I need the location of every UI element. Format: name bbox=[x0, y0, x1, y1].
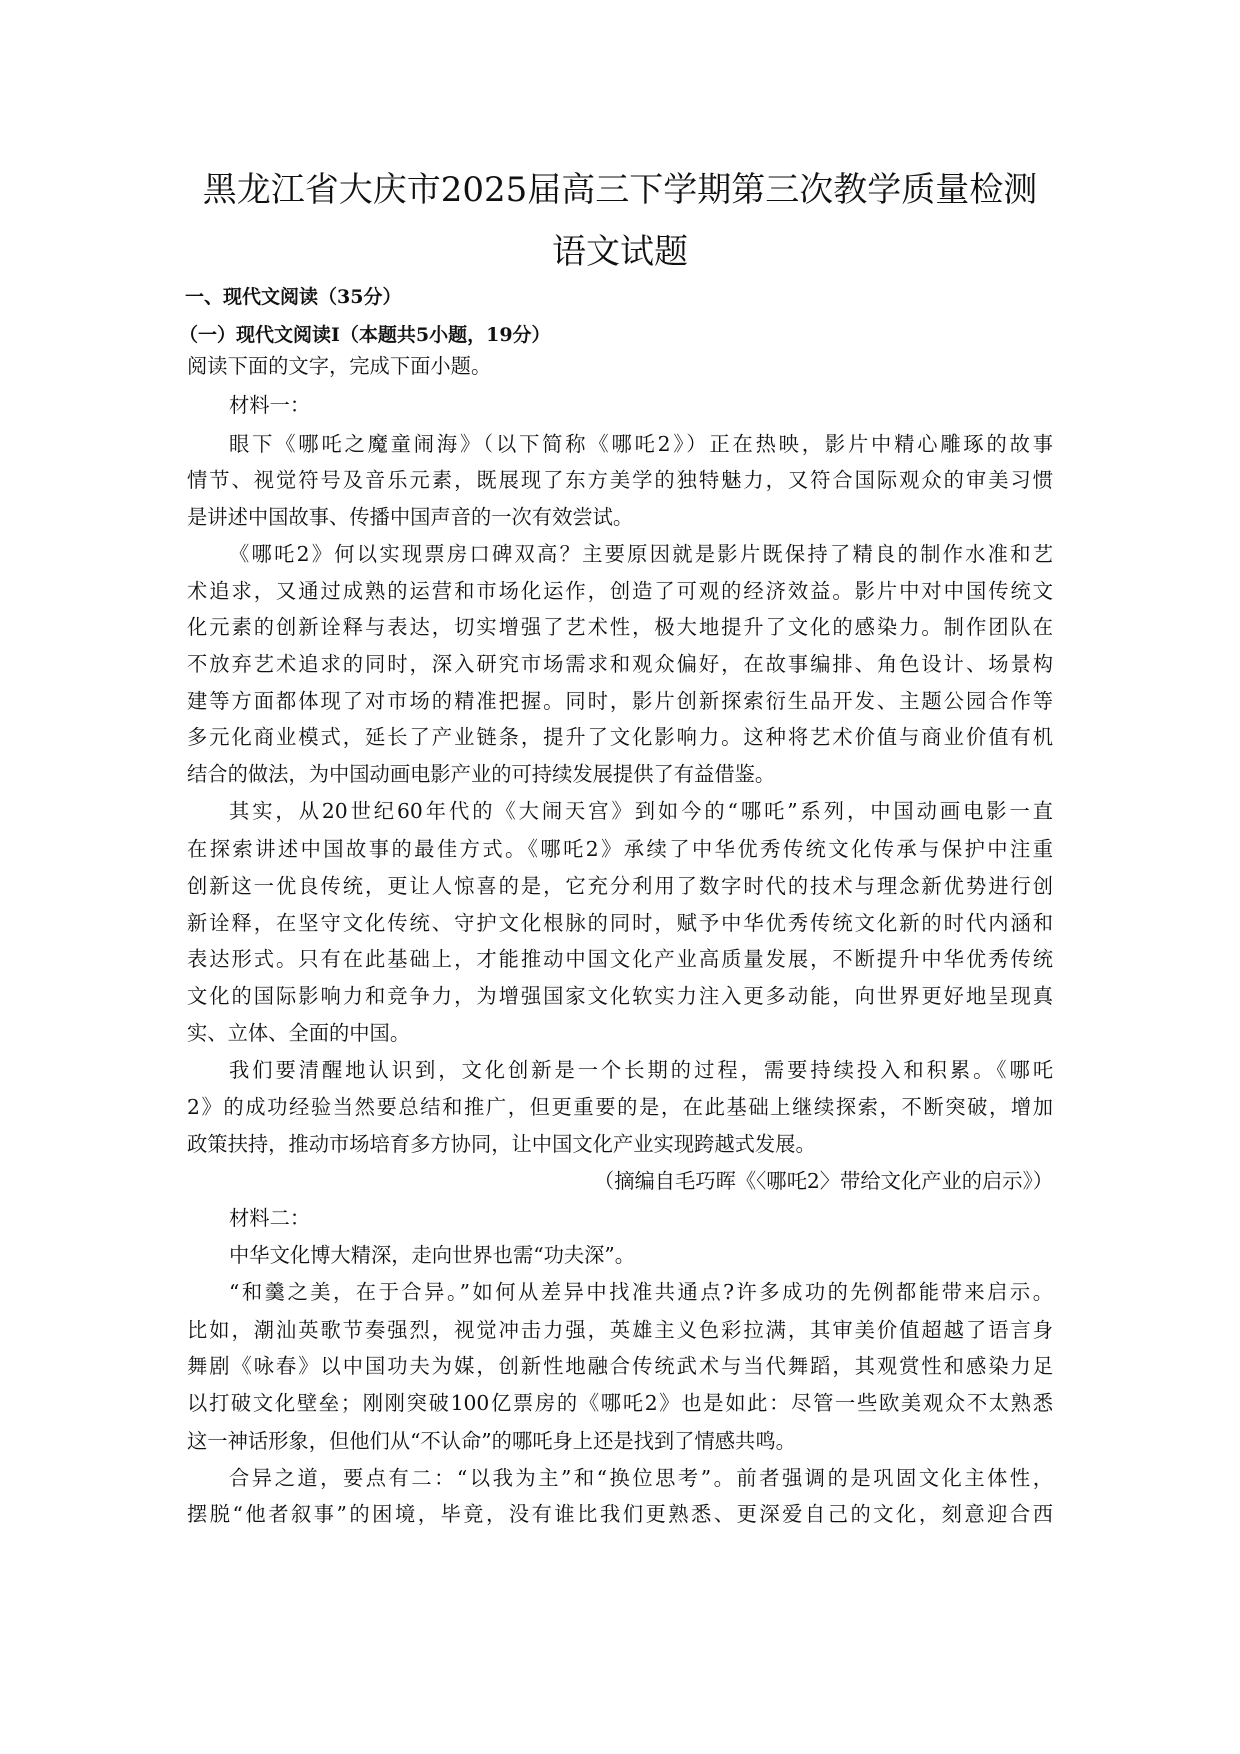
passage-line: 创新这一优良传统，更让人惊喜的是，它充分利用了数字时代的技术与理念新优势进行创 bbox=[187, 873, 1053, 899]
passage-line: 新诠释，在坚守文化传统、守护文化根脉的同时，赋予中华优秀传统文化新的时代内涵和 bbox=[187, 910, 1053, 936]
passage-line: 术追求，又通过成熟的运营和市场化运作，创造了可观的经济效益。影片中对中国传统文 bbox=[187, 578, 1053, 604]
passage-line: 舞剧《咏春》以中国功夫为媒，创新性地融合传统武术与当代舞蹈，其观赏性和感染力足 bbox=[187, 1353, 1053, 1379]
passage-line: 文化的国际影响力和竞争力，为增强国家文化软实力注入更多动能，向世界更好地呈现真 bbox=[187, 983, 1053, 1009]
passage-line: 材料二： bbox=[229, 1205, 1053, 1231]
passage-line: 不放弃艺术追求的同时，深入研究市场需求和观众偏好，在故事编排、角色设计、场景构 bbox=[187, 651, 1053, 677]
section-heading: 一、现代文阅读（35分） bbox=[185, 282, 401, 309]
document-subtitle: 语文试题 bbox=[187, 224, 1053, 273]
passage-line: 结合的做法，为中国动画电影产业的可持续发展提供了有益借鉴。 bbox=[187, 761, 1053, 787]
passage-line: 实、立体、全面的中国。 bbox=[187, 1020, 1053, 1046]
passage-line: 情节、视觉符号及音乐元素，既展现了东方美学的独特魅力，又符合国际观众的审美习惯 bbox=[187, 467, 1053, 493]
passage-line: 化元素的创新诠释与表达，切实增强了艺术性，极大地提升了文化的感染力。制作团队在 bbox=[187, 614, 1053, 640]
passage-line: 政策扶持，推动市场培育多方协同，让中国文化产业实现跨越式发展。 bbox=[187, 1131, 1053, 1157]
document-title: 黑龙江省大庆市2025届高三下学期第三次教学质量检测 bbox=[187, 162, 1053, 211]
passage-line: 摆脱“他者叙事”的困境，毕竟，没有谁比我们更熟悉、更深爱自己的文化，刻意迎合西 bbox=[187, 1501, 1053, 1527]
passage-line: 以打破文化壁垒；刚刚突破100亿票房的《哪吒2》也是如此：尽管一些欧美观众不太熟… bbox=[187, 1390, 1053, 1416]
passage-line: 建等方面都体现了对市场的精准把握。同时，影片创新探索衍生品开发、主题公园合作等 bbox=[187, 688, 1053, 714]
passage-line: 我们要清醒地认识到，文化创新是一个长期的过程，需要持续投入和积累。《哪吒 bbox=[229, 1057, 1053, 1083]
passage-line: 在探索讲述中国故事的最佳方式。《哪吒2》承续了中华优秀传统文化传承与保护中注重 bbox=[187, 836, 1053, 862]
passage-line: 这一神话形象，但他们从“不认命”的哪吒身上还是找到了情感共鸣。 bbox=[187, 1428, 1053, 1454]
passage-line: “和羹之美，在于合异。”如何从差异中找准共通点?许多成功的先例都能带来启示。 bbox=[229, 1279, 1053, 1305]
passage-line: 材料一： bbox=[229, 392, 1053, 418]
passage-line: 阅读下面的文字，完成下面小题。 bbox=[187, 353, 1053, 379]
passage-line: 其实，从20世纪60年代的《大闹天宫》到如今的“哪吒”系列，中国动画电影一直 bbox=[229, 798, 1053, 824]
passage-line: 是讲述中国故事、传播中国声音的一次有效尝试。 bbox=[187, 504, 1053, 530]
passage-line: 表达形式。只有在此基础上，才能推动中国文化产业高质量发展，不断提升中华优秀传统 bbox=[187, 946, 1053, 972]
passage-line: 合异之道，要点有二：“以我为主”和“换位思考”。前者强调的是巩固文化主体性， bbox=[229, 1465, 1053, 1491]
source-citation: （摘编自毛巧晖《〈哪吒2〉带给文化产业的启示》） bbox=[187, 1168, 1053, 1194]
passage-line: 多元化商业模式，延长了产业链条，提升了文化影响力。这种将艺术价值与商业价值有机 bbox=[187, 724, 1053, 750]
passage-line: 眼下《哪吒之魔童闹海》（以下简称《哪吒2》）正在热映，影片中精心雕琢的故事 bbox=[229, 431, 1053, 457]
passage-line: 2》的成功经验当然要总结和推广，但更重要的是，在此基础上继续探索，不断突破，增加 bbox=[187, 1094, 1053, 1120]
passage-line: 中华文化博大精深，走向世界也需“功夫深”。 bbox=[229, 1242, 1053, 1268]
subsection-heading: （一）现代文阅读Ⅰ（本题共5小题，19分） bbox=[179, 320, 551, 347]
passage-line: 比如，潮汕英歌节奏强烈，视觉冲击力强，英雄主义色彩拉满，其审美价值超越了语言身 bbox=[187, 1317, 1053, 1343]
passage-line: 《哪吒2》何以实现票房口碑双高？主要原因就是影片既保持了精良的制作水准和艺 bbox=[229, 541, 1053, 567]
